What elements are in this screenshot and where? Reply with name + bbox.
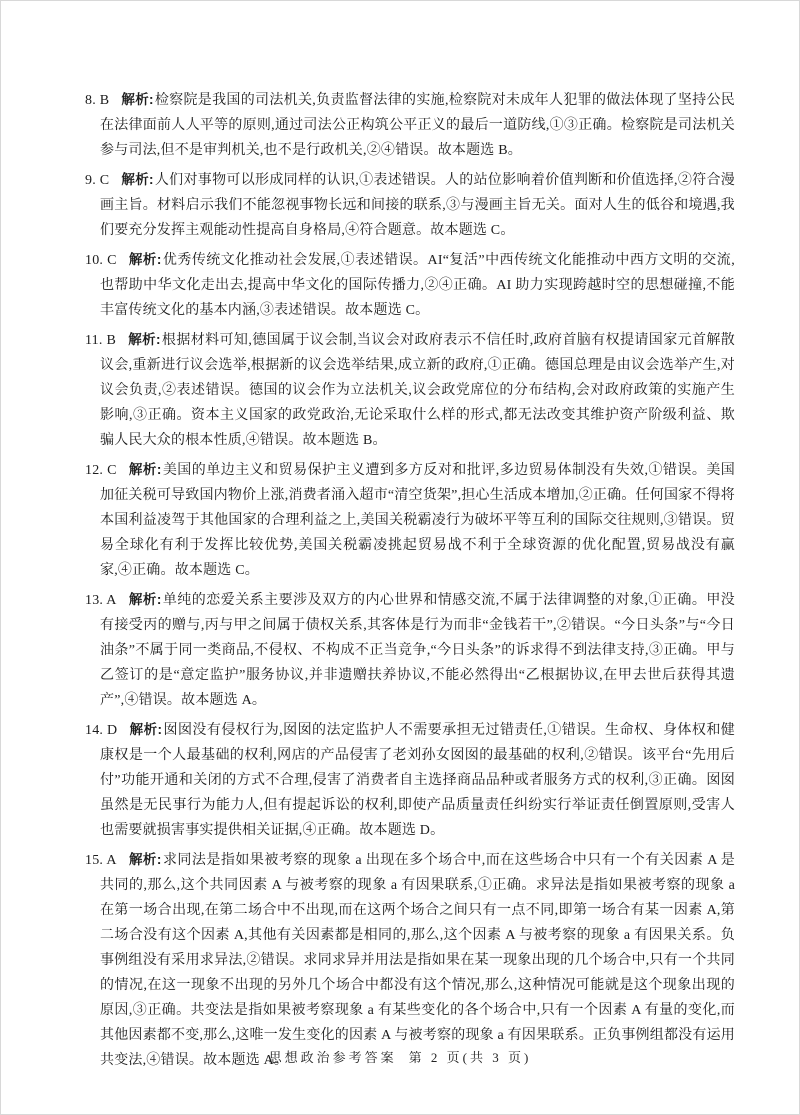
analysis-text: 根据材料可知,德国属于议会制,当议会对政府表示不信任时,政府首脑有权提请国家元首…: [100, 333, 735, 448]
page-footer: 思想政治参考答案第 2 页(共 3 页): [1, 1047, 799, 1066]
question-number: 10. C: [85, 253, 117, 268]
question-number: 11. B: [85, 333, 116, 348]
answer-item-8: 8. B解析:检察院是我国的司法机关,负责监督法律的实施,检察院对未成年人犯罪的…: [85, 87, 735, 163]
answer-item-12: 12. C解析:美国的单边主义和贸易保护主义遭到多方反对和批评,多边贸易体制没有…: [85, 457, 735, 583]
answer-item-14: 14. D解析:囡囡没有侵权行为,囡囡的法定监护人不需要承担无过错责任,①错误。…: [85, 717, 735, 843]
analysis-text: 求同法是指如果被考察的现象 a 出现在多个场合中,而在这些场合中只有一个有关因素…: [100, 853, 735, 1068]
analysis-text: 优秀传统文化推动社会发展,①表述错误。AI“复活”中西传统文化能推动中西方文明的…: [100, 253, 735, 318]
question-number: 12. C: [85, 463, 117, 478]
analysis-text: 单纯的恋爱关系主要涉及双方的内心世界和情感交流,不属于法律调整的对象,①正确。甲…: [100, 593, 735, 708]
answers-content: 8. B解析:检察院是我国的司法机关,负责监督法律的实施,检察院对未成年人犯罪的…: [85, 87, 735, 1077]
analysis-label: 解析:: [128, 332, 161, 347]
analysis-label: 解析:: [129, 252, 162, 267]
answer-sheet-page: 8. B解析:检察院是我国的司法机关,负责监督法律的实施,检察院对未成年人犯罪的…: [0, 0, 800, 1115]
question-number: 9. C: [85, 173, 109, 188]
analysis-text: 人们对事物可以形成同样的认识,①表述错误。人的站位影响着价值判断和价值选择,②符…: [100, 173, 735, 238]
question-number: 15. A: [85, 853, 117, 868]
analysis-text: 检察院是我国的司法机关,负责监督法律的实施,检察院对未成年人犯罪的做法体现了坚持…: [100, 93, 735, 158]
question-number: 13. A: [85, 593, 117, 608]
answer-item-15: 15. A解析:求同法是指如果被考察的现象 a 出现在多个场合中,而在这些场合中…: [85, 847, 735, 1073]
question-number: 8. B: [85, 93, 109, 108]
footer-page-number: 第 2 页(共 3 页): [409, 1050, 532, 1065]
analysis-label: 解析:: [121, 92, 153, 107]
analysis-label: 解析:: [129, 722, 162, 737]
analysis-text: 囡囡没有侵权行为,囡囡的法定监护人不需要承担无过错责任,①错误。生命权、身体权和…: [100, 723, 735, 838]
answer-item-10: 10. C解析:优秀传统文化推动社会发展,①表述错误。AI“复活”中西传统文化能…: [85, 247, 735, 323]
analysis-label: 解析:: [121, 172, 153, 187]
question-number: 14. D: [85, 723, 117, 738]
answer-item-11: 11. B解析:根据材料可知,德国属于议会制,当议会对政府表示不信任时,政府首脑…: [85, 327, 735, 453]
analysis-text: 美国的单边主义和贸易保护主义遭到多方反对和批评,多边贸易体制没有失效,①错误。美…: [100, 463, 735, 578]
analysis-label: 解析:: [129, 852, 162, 867]
footer-title: 思想政治参考答案: [269, 1050, 397, 1065]
answer-item-13: 13. A解析:单纯的恋爱关系主要涉及双方的内心世界和情感交流,不属于法律调整的…: [85, 587, 735, 713]
analysis-label: 解析:: [129, 592, 162, 607]
analysis-label: 解析:: [129, 462, 162, 477]
answer-item-9: 9. C解析:人们对事物可以形成同样的认识,①表述错误。人的站位影响着价值判断和…: [85, 167, 735, 243]
